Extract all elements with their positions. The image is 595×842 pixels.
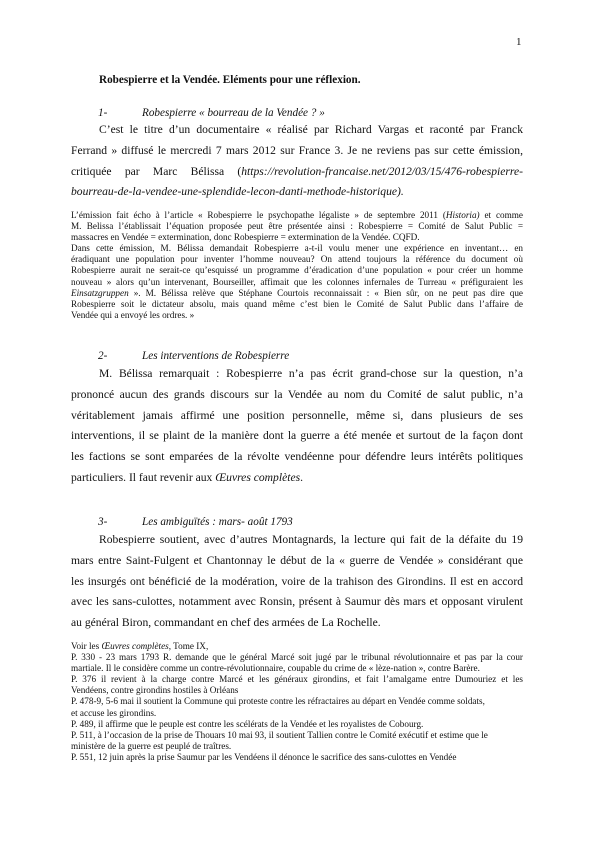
section-title: Les ambiguïtés : mars- août 1793 — [142, 516, 293, 528]
note-line: Robespierre aurait ne serait-ce qu’esqui… — [71, 265, 523, 276]
note-intro: Voir les Œuvres complètes, Tome IX, — [71, 641, 523, 652]
section-number: 1- — [98, 107, 142, 119]
note-line: nouveau » alors qu’un intervenant, Bours… — [71, 277, 523, 288]
note-line: P. 511, à l’occasion de la prise de Thou… — [71, 730, 523, 741]
section-heading-2: 2-Les interventions de Robespierre — [98, 350, 289, 362]
paragraph-line: M. Bélissa remarquait : Robespierre n’a … — [71, 364, 523, 385]
note-line: Dans cette émission, M. Bélissa demandai… — [71, 243, 523, 254]
page-number: 1 — [516, 36, 522, 48]
section-title: Robespierre « bourreau de la Vendée ? » — [142, 107, 325, 119]
paragraph-line: bourreau-de-la-vendee-une-splendide-leco… — [71, 182, 523, 203]
works-title: Œuvres complètes, — [101, 641, 171, 651]
section-heading-3: 3-Les ambiguïtés : mars- août 1793 — [98, 516, 293, 528]
section-1-note: L’émission fait écho à l’article « Robes… — [71, 210, 523, 321]
note-line: P. 376 il revient à la charge contre Mar… — [71, 674, 523, 685]
source-url[interactable]: https://revolution-francaise.net/2012/03… — [241, 165, 523, 178]
note-line: P. 489, il affirme que le peuple est con… — [71, 719, 523, 730]
paragraph-line: Ferrand » diffusé le mercredi 7 mars 201… — [71, 141, 523, 162]
section-number: 2- — [98, 350, 142, 362]
section-2-paragraph: M. Bélissa remarquait : Robespierre n’a … — [71, 364, 523, 489]
note-line: et accuse les girondins. — [71, 708, 523, 719]
paragraph-line: les factions se sont emparées de la révo… — [71, 447, 523, 468]
section-1-paragraph: C’est le titre d’un documentaire « réali… — [71, 120, 523, 203]
paragraph-line: prononcé aucun des grands discours sur l… — [71, 385, 523, 406]
paragraph-line: particuliers. Il faut revenir aux Œuvres… — [71, 468, 523, 489]
note-line: massacres en Vendée = extermination, don… — [71, 232, 523, 243]
paragraph-line: Robespierre soutient, avec d’autres Mont… — [71, 530, 523, 551]
works-title: Œuvres complètes — [215, 471, 300, 484]
section-number: 3- — [98, 516, 142, 528]
note-line: P. 551, 12 juin après la prise Saumur pa… — [71, 752, 523, 763]
note-line: M. Belissa l’établissait l’équation prop… — [71, 221, 523, 232]
paragraph-line: véritablement jamais affirmé une positio… — [71, 406, 523, 427]
paragraph-line: mars entre Saint-Fulgent et Chantonnay l… — [71, 551, 523, 572]
paragraph-line: C’est le titre d’un documentaire « réali… — [71, 120, 523, 141]
section-heading-1: 1-Robespierre « bourreau de la Vendée ? … — [98, 107, 325, 119]
paragraph-line: interventions, il se plaint de la manièr… — [71, 426, 523, 447]
note-line: L’émission fait écho à l’article « Robes… — [71, 210, 523, 221]
paragraph-line: au général Biron, commandant en chef des… — [71, 613, 523, 634]
note-line: P. 478-9, 5-6 mai il soutient la Commune… — [71, 696, 523, 707]
note-line: Robespierre soit le dictateur absolu, ma… — [71, 299, 523, 310]
publication-title: Historia) — [446, 210, 480, 220]
note-line: P. 330 - 23 mars 1793 R. demande que le … — [71, 652, 523, 663]
paragraph-line: critiquée par Marc Bélissa (https://revo… — [71, 162, 523, 183]
section-3-notes: Voir les Œuvres complètes, Tome IX, P. 3… — [71, 641, 523, 763]
note-line: Vendée qui a envoyé les ordres. » — [71, 310, 523, 321]
note-line: éradiquant une population pour inventer … — [71, 254, 523, 265]
document-title: Robespierre et la Vendée. Eléments pour … — [99, 74, 361, 86]
paragraph-line: avec les sans-culottes, notamment avec R… — [71, 592, 523, 613]
paragraph-line: les insurgés ont bénéficié de la modérat… — [71, 572, 523, 593]
source-url-continued[interactable]: bourreau-de-la-vendee-une-splendide-leco… — [71, 185, 397, 198]
term-einsatzgruppen: Einsatzgruppen — [71, 288, 129, 298]
note-line: ministère de la guerre est peuplé de tra… — [71, 741, 523, 752]
section-title: Les interventions de Robespierre — [142, 350, 289, 362]
note-line: martiale. Il le considère comme un contr… — [71, 663, 523, 674]
note-line: Vendéens, contre girondins hostiles à Or… — [71, 685, 523, 696]
section-3-paragraph: Robespierre soutient, avec d’autres Mont… — [71, 530, 523, 634]
note-line: Einsatzgruppen ». M. Bélissa relève que … — [71, 288, 523, 299]
